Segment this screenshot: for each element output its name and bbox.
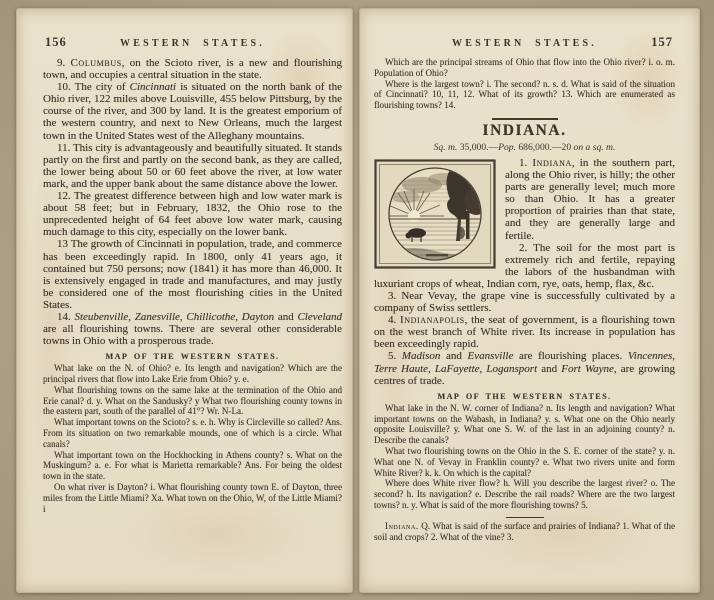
text-segment: 13 The growth of Cincinnati in populatio… (43, 238, 342, 310)
indiana-seal-engraving (374, 159, 496, 269)
text-segment: Indianapolis (400, 314, 465, 326)
paragraph: 3. Near Vevay, the grape vine is success… (374, 290, 675, 314)
question-paragraph: What two flourishing towns on the Ohio i… (374, 446, 675, 478)
text-segment: are flourishing places. (513, 350, 627, 362)
text-segment: Madison (402, 350, 441, 362)
text-segment: and (274, 311, 297, 323)
text-segment: Sq. m. (434, 142, 458, 153)
question-paragraph: What flourishing towns on the same lake … (43, 385, 342, 417)
text-segment: What flourishing towns on the same lake … (43, 385, 342, 417)
text-segment: Logansport (486, 363, 537, 375)
text-segment: Indiana. (385, 521, 419, 531)
question-paragraph: On what river is Dayton? i. What flouris… (43, 482, 342, 514)
page-number: 157 (651, 35, 673, 50)
paragraph: 14. Steubenville, Zanesville, Chillicoth… (43, 311, 342, 347)
questions-block: What lake on the N. of Ohio? e. Its leng… (43, 363, 342, 514)
text-segment: Evansville (468, 350, 514, 362)
text-segment: 9. (57, 57, 71, 69)
text-segment: Chillicothe (186, 311, 235, 323)
question-paragraph: What lake in the N. W. corner of Indiana… (374, 403, 675, 446)
running-head-title: WESTERN STATES. (374, 35, 675, 49)
text-segment: 686,000.—20 (516, 142, 574, 153)
text-segment: What important town on the Hockhocking i… (43, 450, 342, 482)
paragraph: 9. Columbus, on the Scioto river, is a n… (43, 57, 342, 81)
text-segment: Steubenville (74, 311, 128, 323)
text-segment: What lake in the N. W. corner of Indiana… (374, 403, 675, 445)
running-head-left: 156 WESTERN STATES. (43, 35, 342, 53)
text-segment: are all flourishing towns. There are sev… (43, 323, 342, 347)
text-segment: Q. What is said of the surface and prair… (374, 521, 675, 542)
text-segment: 10. The city of (57, 81, 130, 93)
footnote: Indiana. Q. What is said of the surface … (374, 521, 675, 543)
text-segment: Indiana (532, 157, 571, 169)
text-segment: Cleveland (297, 311, 342, 323)
paragraph: 4. Indianapolis, the seat of government,… (374, 314, 675, 350)
text-segment: , (428, 363, 435, 375)
text-segment: Zanesville (135, 311, 180, 323)
text-segment: Cincinnati (130, 81, 176, 93)
text-segment: 5. (388, 350, 402, 362)
text-segment: 11. This city is advantageously and beau… (43, 142, 342, 190)
paragraph: 11. This city is advantageously and beau… (43, 142, 342, 190)
footnote-rule (506, 517, 544, 518)
section-heading-indiana: INDIANA. (374, 122, 675, 140)
question-paragraph: Which are the principal streams of Ohio … (374, 57, 675, 79)
text-segment: On what river is Dayton? i. What flouris… (43, 482, 342, 514)
paragraph: 13 The growth of Cincinnati in populatio… (43, 238, 342, 311)
text-segment: 12. The greatest difference between high… (43, 190, 342, 238)
text-segment: and (440, 350, 467, 362)
exercise-heading: MAP OF THE WESTERN STATES. (43, 352, 342, 361)
paragraph: 12. The greatest difference between high… (43, 190, 342, 238)
text-segment: Terre Haute (374, 363, 428, 375)
text-segment: 1. (519, 157, 532, 169)
text-segment: , (672, 350, 675, 362)
paragraph: 10. The city of Cincinnati is situated o… (43, 81, 342, 141)
question-paragraph: Where is the largest town? i. The second… (374, 79, 675, 111)
text-segment: Columbus (71, 57, 122, 69)
question-paragraph: What important towns on the Scioto? s. e… (43, 417, 342, 449)
paragraph: 5. Madison and Evansville are flourishin… (374, 350, 675, 386)
text-segment: Which are the principal streams of Ohio … (374, 57, 675, 78)
text-segment: on a sq. m. (574, 142, 616, 153)
text-segment: 35,000.— (457, 142, 498, 153)
questions-top-block: Which are the principal streams of Ohio … (374, 57, 675, 111)
text-segment: 14. (57, 311, 74, 323)
page-157: WESTERN STATES. 157 Which are the princi… (359, 8, 700, 593)
text-segment: Fort Wayne (561, 363, 614, 375)
text-segment: Dayton (242, 311, 274, 323)
state-statistics-line: Sq. m. 35,000.—Pop. 686,000.—20 on a sq.… (374, 142, 675, 153)
text-segment: Vincennes (628, 350, 672, 362)
running-head-title: WESTERN STATES. (43, 35, 342, 49)
questions-block: What lake in the N. W. corner of Indiana… (374, 403, 675, 511)
question-paragraph: What lake on the N. of Ohio? e. Its leng… (43, 363, 342, 385)
running-head-right: WESTERN STATES. 157 (374, 35, 675, 53)
text-segment: Where is the largest town? i. The second… (374, 79, 675, 111)
text-segment: and (537, 363, 561, 375)
page-156: 156 WESTERN STATES. 9. Columbus, on the … (16, 8, 353, 593)
main-text-block: 9. Columbus, on the Scioto river, is a n… (43, 57, 342, 347)
text-segment: Pop. (498, 142, 516, 153)
text-segment: What important towns on the Scioto? s. e… (43, 417, 342, 449)
text-segment: What lake on the N. of Ohio? e. Its leng… (43, 363, 342, 384)
text-segment: LaFayette (435, 363, 480, 375)
exercise-heading: MAP OF THE WESTERN STATES. (374, 392, 675, 401)
section-divider-rule (492, 118, 558, 120)
text-segment: What two flourishing towns on the Ohio i… (374, 446, 675, 478)
text-segment: , in the southern part, along the Ohio r… (505, 157, 675, 242)
text-segment: Where does White river flow? h. Will you… (374, 478, 675, 510)
text-segment: 3. Near Vevay, the grape vine is success… (374, 290, 675, 314)
page-number: 156 (45, 35, 67, 50)
text-segment: 4. (388, 314, 400, 326)
question-paragraph: What important town on the Hockhocking i… (43, 450, 342, 482)
indiana-text-block: 1. Indiana, in the southern part, along … (374, 157, 675, 387)
question-paragraph: Where does White river flow? h. Will you… (374, 478, 675, 510)
